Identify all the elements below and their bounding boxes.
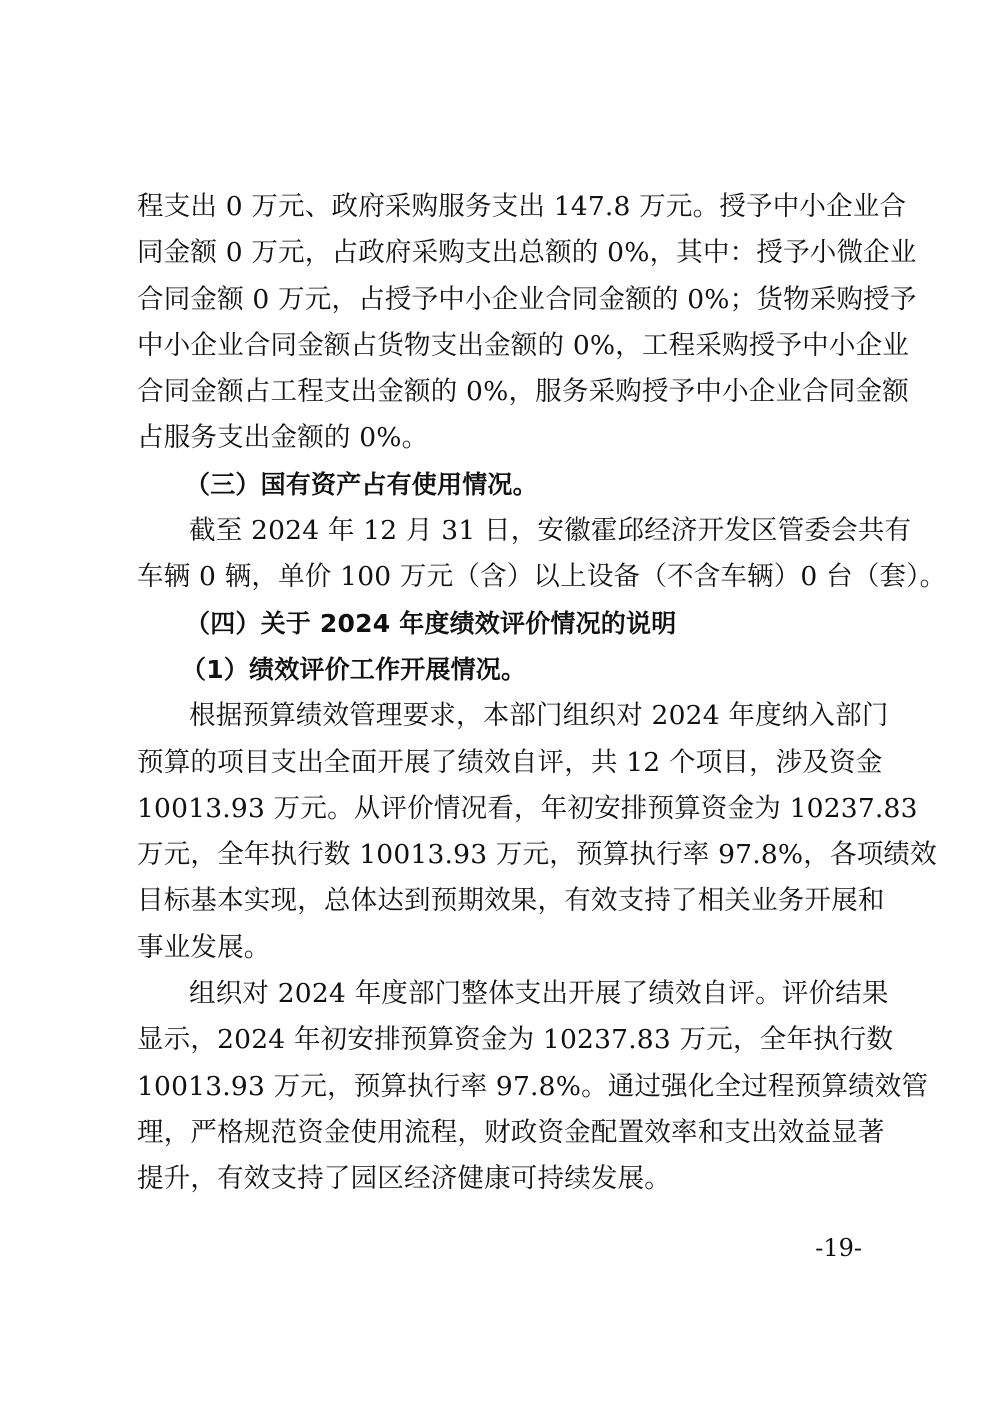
section-3-heading: （三）国有资产占有使用情况。 — [137, 462, 863, 508]
text-line: 中小企业合同金额占货物支出金额的 0%，工程采购授予中小企业 — [137, 323, 863, 369]
section-4-heading: （四）关于 2024 年度绩效评价情况的说明 — [137, 601, 863, 647]
text-line: 万元，全年执行数 10013.93 万元，预算执行率 97.8%，各项绩效 — [137, 832, 863, 878]
text-line: 事业发展。 — [137, 925, 863, 971]
text-line: 预算的项目支出全面开展了绩效自评，共 12 个项目，涉及资金 — [137, 740, 863, 786]
section-4-subheading: （1）绩效评价工作开展情况。 — [137, 647, 863, 693]
text-line: 车辆 0 辆，单价 100 万元（含）以上设备（不含车辆）0 台（套）。 — [137, 554, 863, 600]
text-line: 目标基本实现，总体达到预期效果，有效支持了相关业务开展和 — [137, 878, 863, 924]
text-line: 合同金额占工程支出金额的 0%，服务采购授予中小企业合同金额 — [137, 369, 863, 415]
text-line: 提升，有效支持了园区经济健康可持续发展。 — [137, 1156, 863, 1202]
text-line: 合同金额 0 万元，占授予中小企业合同金额的 0%；货物采购授予 — [137, 277, 863, 323]
text-line: 显示，2024 年初安排预算资金为 10237.83 万元，全年执行数 — [137, 1017, 863, 1063]
text-line: 占服务支出金额的 0%。 — [137, 415, 863, 461]
text-line: 程支出 0 万元、政府采购服务支出 147.8 万元。授予中小企业合 — [137, 184, 863, 230]
page-number: -19- — [815, 1234, 862, 1262]
document-page: 程支出 0 万元、政府采购服务支出 147.8 万元。授予中小企业合 同金额 0… — [137, 184, 863, 1203]
text-line: 截至 2024 年 12 月 31 日，安徽霍邱经济开发区管委会共有 — [137, 508, 863, 554]
text-line: 10013.93 万元，预算执行率 97.8%。通过强化全过程预算绩效管 — [137, 1064, 863, 1110]
text-line: 同金额 0 万元，占政府采购支出总额的 0%，其中：授予小微企业 — [137, 230, 863, 276]
text-line: 组织对 2024 年度部门整体支出开展了绩效自评。评价结果 — [137, 971, 863, 1017]
text-line: 理，严格规范资金使用流程，财政资金配置效率和支出效益显著 — [137, 1110, 863, 1156]
text-line: 10013.93 万元。从评价情况看，年初安排预算资金为 10237.83 — [137, 786, 863, 832]
text-line: 根据预算绩效管理要求，本部门组织对 2024 年度纳入部门 — [137, 693, 863, 739]
